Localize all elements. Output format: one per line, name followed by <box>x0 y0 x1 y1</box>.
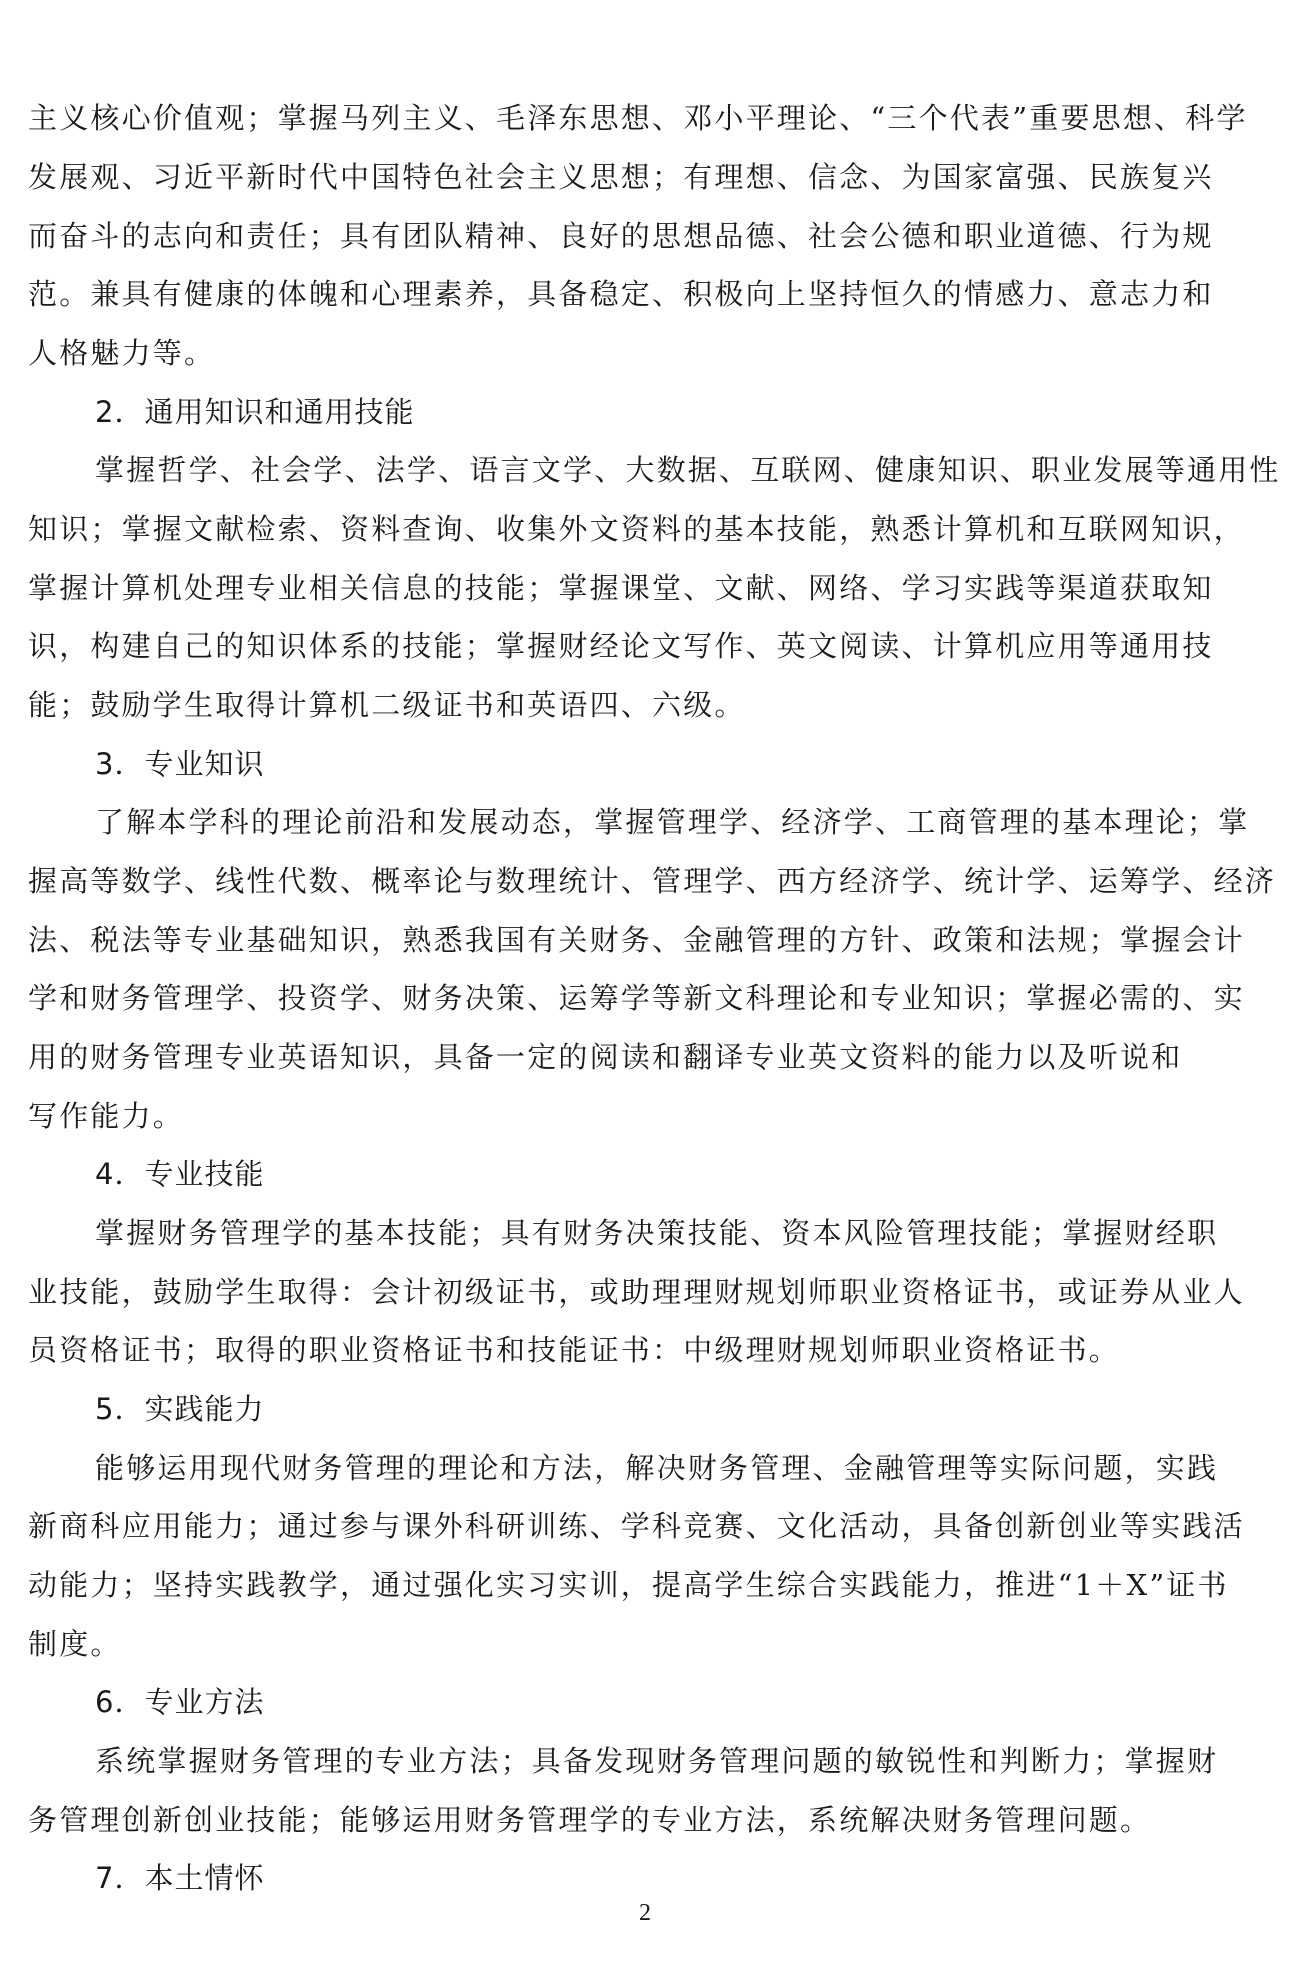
section-heading: 4．专业技能 <box>95 1154 264 1194</box>
text-line: 系统掌握财务管理的专业方法；具备发现财务管理问题的敏锐性和判断力；掌握财 <box>95 1741 1218 1781</box>
section-heading: 6．专业方法 <box>95 1682 264 1722</box>
text-line: 识，构建自己的知识体系的技能；掌握财经论文写作、英文阅读、计算机应用等通用技 <box>28 626 1214 666</box>
text-line: 掌握哲学、社会学、法学、语言文学、大数据、互联网、健康知识、职业发展等通用性 <box>95 450 1281 490</box>
text-line: 制度。 <box>28 1624 122 1664</box>
text-line: 务管理创新创业技能；能够运用财务管理学的专业方法，系统解决财务管理问题。 <box>28 1800 1151 1840</box>
text-line: 法、税法等专业基础知识，熟悉我国有关财务、金融管理的方针、政策和法规；掌握会计 <box>28 920 1245 960</box>
text-line: 新商科应用能力；通过参与课外科研训练、学科竞赛、文化活动，具备创新创业等实践活 <box>28 1506 1245 1546</box>
text-line: 业技能，鼓励学生取得：会计初级证书，或助理理财规划师职业资格证书，或证券从业人 <box>28 1272 1245 1312</box>
document-page: 主义核心价值观；掌握马列主义、毛泽东思想、邓小平理论、“三个代表”重要思想、科学… <box>0 0 1290 1963</box>
text-line: 而奋斗的志向和责任；具有团队精神、良好的思想品德、社会公德和职业道德、行为规 <box>28 216 1214 256</box>
text-line: 范。兼具有健康的体魄和心理素养，具备稳定、积极向上坚持恒久的情感力、意志力和 <box>28 274 1214 314</box>
text-line: 掌握计算机处理专业相关信息的技能；掌握课堂、文献、网络、学习实践等渠道获取知 <box>28 568 1214 608</box>
text-line: 用的财务管理专业英语知识，具备一定的阅读和翻译专业英文资料的能力以及听说和 <box>28 1037 1182 1077</box>
section-heading: 2．通用知识和通用技能 <box>95 392 414 432</box>
text-line: 了解本学科的理论前沿和发展动态，掌握管理学、经济学、工商管理的基本理论；掌 <box>95 802 1249 842</box>
section-heading: 5．实践能力 <box>95 1389 264 1429</box>
page-number: 2 <box>0 1900 1290 1927</box>
section-heading: 3．专业知识 <box>95 744 264 784</box>
text-line: 知识；掌握文献检索、资料查询、收集外文资料的基本技能，熟悉计算机和互联网知识， <box>28 509 1245 549</box>
text-line: 学和财务管理学、投资学、财务决策、运筹学等新文科理论和专业知识；掌握必需的、实 <box>28 978 1245 1018</box>
text-line: 写作能力。 <box>28 1096 184 1136</box>
section-heading: 7．本土情怀 <box>95 1858 264 1898</box>
text-line: 发展观、习近平新时代中国特色社会主义思想；有理想、信念、为国家富强、民族复兴 <box>28 157 1214 197</box>
text-line: 能；鼓励学生取得计算机二级证书和英语四、六级。 <box>28 685 746 725</box>
text-line: 握高等数学、线性代数、概率论与数理统计、管理学、西方经济学、统计学、运筹学、经济 <box>28 861 1276 901</box>
text-line: 主义核心价值观；掌握马列主义、毛泽东思想、邓小平理论、“三个代表”重要思想、科学 <box>28 98 1248 138</box>
text-line: 人格魅力等。 <box>28 333 215 373</box>
text-line: 掌握财务管理学的基本技能；具有财务决策技能、资本风险管理技能；掌握财经职 <box>95 1213 1218 1253</box>
text-line: 能够运用现代财务管理的理论和方法，解决财务管理、金融管理等实际问题，实践 <box>95 1448 1218 1488</box>
text-line: 员资格证书；取得的职业资格证书和技能证书：中级理财规划师职业资格证书。 <box>28 1330 1120 1370</box>
text-line: 动能力；坚持实践教学，通过强化实习实训，提高学生综合实践能力，推进“1＋X”证书 <box>28 1565 1229 1605</box>
